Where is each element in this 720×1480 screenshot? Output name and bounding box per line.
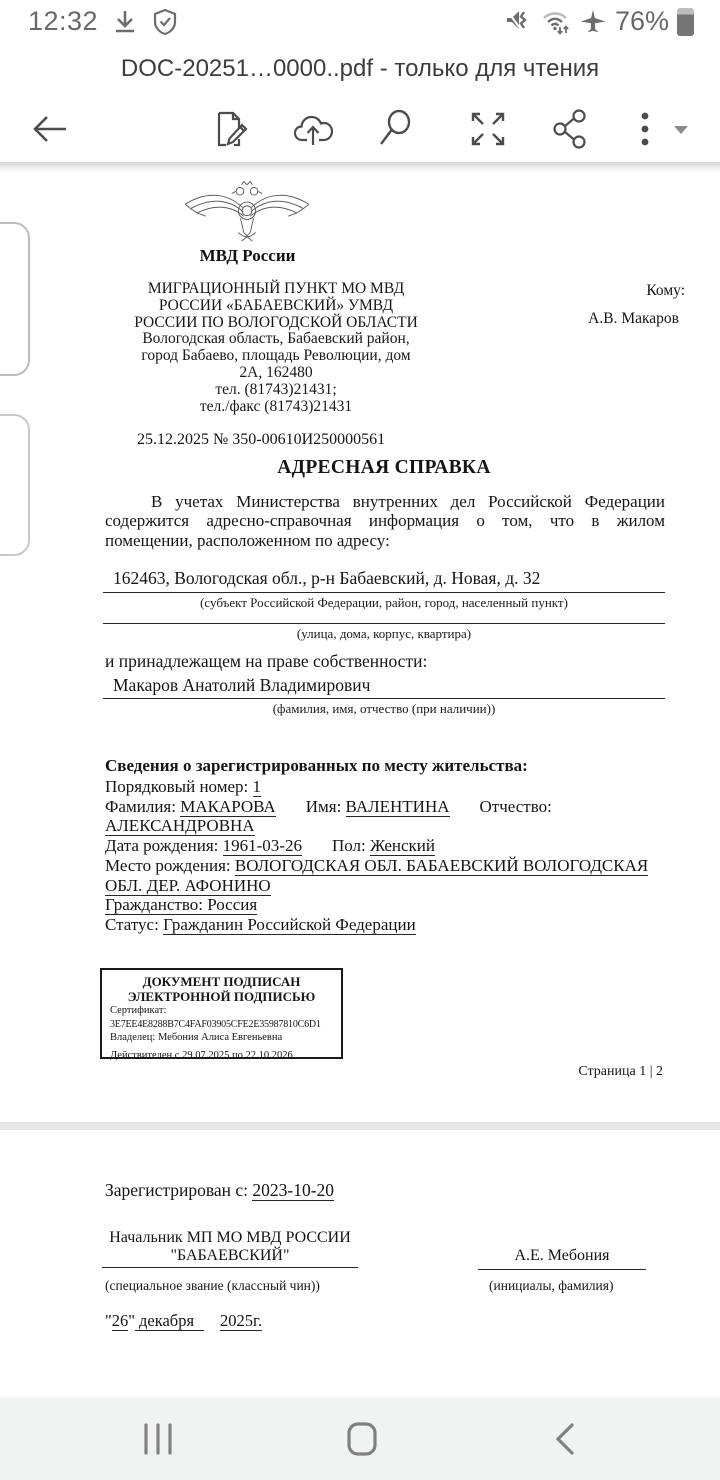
wifi-arrows-icon bbox=[541, 8, 571, 36]
owner-value-line: Макаров Анатолий Владимирович bbox=[103, 675, 665, 699]
title-bar: DOC-20251…0000..pdf - только для чтения bbox=[0, 42, 720, 95]
registered-person-record: Порядковый номер: 1 Фамилия: МАКАРОВАИмя… bbox=[105, 777, 667, 935]
pdf-page-2: Зарегистрирован с: 2023-10-20 Начальник … bbox=[0, 1130, 720, 1397]
more-menu-icon[interactable] bbox=[640, 109, 650, 149]
home-icon[interactable] bbox=[345, 1420, 379, 1458]
document-heading: АДРЕСНАЯ СПРАВКА bbox=[105, 457, 663, 479]
dropdown-caret-icon[interactable] bbox=[671, 122, 691, 136]
sender-line: Вологодская область, Бабаевский район, bbox=[82, 331, 470, 348]
stamp-cert-label: Сертификат: bbox=[110, 1005, 333, 1018]
registered-since-value: 2023-10-20 bbox=[252, 1180, 334, 1201]
official-title-line: Начальник МП МО МВД РОССИИ bbox=[102, 1229, 358, 1247]
date-day: 26 bbox=[112, 1311, 129, 1331]
birthdate-line: Дата рождения: 1961-03-26Пол: Женский bbox=[105, 836, 667, 856]
stamp-cert-value: 3E7EE4E8288B7C4FAF03905CFE2E35987810C6D1 bbox=[110, 1019, 333, 1031]
name-line: Фамилия: МАКАРОВАИмя: ВАЛЕНТИНАОтчество: bbox=[105, 797, 667, 817]
patronymic-line: АЛЕКСАНДРОВНА bbox=[105, 816, 667, 836]
birthplace-line: Место рождения: ВОЛОГОДСКАЯ ОБЛ. БАБАЕВС… bbox=[105, 856, 667, 876]
share-icon[interactable] bbox=[552, 109, 588, 149]
sender-line: МИГРАЦИОННЫЙ ПУНКТ МО МВД bbox=[82, 281, 470, 298]
street-caption: (улица, дома, корпус, квартира) bbox=[103, 626, 665, 642]
pdf-page-1: МВД России МИГРАЦИОННЫЙ ПУНКТ МО МВД РОС… bbox=[0, 162, 720, 1122]
toolbar bbox=[0, 95, 720, 162]
sender-line: тел./факс (81743)21431 bbox=[82, 399, 470, 416]
recipient-block: Кому: А.В. Макаров bbox=[515, 283, 685, 327]
sender-line: тел. (81743)21431; bbox=[82, 382, 470, 399]
back-icon[interactable] bbox=[553, 1421, 577, 1457]
sex-value: Женский bbox=[370, 836, 435, 856]
stamp-title: ЭЛЕКТРОННОЙ ПОДПИСЬЮ bbox=[110, 989, 333, 1004]
surname-value: МАКАРОВА bbox=[180, 797, 276, 817]
status-line: Статус: Гражданин Российской Федерации bbox=[105, 915, 667, 935]
toolbar-shadow bbox=[0, 162, 720, 172]
birthplace-value: ВОЛОГОДСКАЯ ОБЛ. БАБАЕВСКИЙ ВОЛОГОДСКАЯ bbox=[235, 856, 648, 876]
recipient-name: А.В. Макаров bbox=[515, 311, 685, 328]
stamp-validity: Действителен с 29.07.2025 по 22.10.2026 bbox=[110, 1050, 333, 1063]
shield-check-icon bbox=[152, 8, 178, 36]
recipient-label: Кому: bbox=[515, 283, 685, 300]
date-month: декабря bbox=[135, 1311, 204, 1331]
official-title-line: "БАБАЕВСКИЙ" bbox=[102, 1247, 358, 1265]
airplane-mode-icon bbox=[579, 8, 607, 36]
android-nav-bar bbox=[0, 1397, 720, 1480]
citizenship-line: Гражданство: Россия bbox=[105, 895, 667, 915]
page-edge-artifact bbox=[0, 222, 30, 376]
page-edge-artifact bbox=[0, 414, 30, 556]
registered-persons-heading: Сведения о зарегистрированных по месту ж… bbox=[105, 756, 528, 776]
stamp-title: ДОКУМЕНТ ПОДПИСАН bbox=[110, 974, 333, 989]
reference-number: 25.12.2025 № 350-00610И250000561 bbox=[137, 431, 385, 449]
signer-name: А.Е. Мебония bbox=[478, 1247, 646, 1270]
official-title-block: Начальник МП МО МВД РОССИИ "БАБАЕВСКИЙ" bbox=[102, 1229, 358, 1268]
cloud-upload-icon[interactable] bbox=[293, 111, 337, 147]
sender-address-block: МИГРАЦИОННЫЙ ПУНКТ МО МВД РОССИИ «БАБАЕВ… bbox=[82, 281, 470, 415]
edit-document-icon[interactable] bbox=[211, 109, 249, 149]
document-title: DOC-20251…0000..pdf - только для чтения bbox=[121, 55, 599, 83]
order-number-line: Порядковый номер: 1 bbox=[105, 777, 667, 797]
patronymic-value: АЛЕКСАНДРОВНА bbox=[105, 816, 255, 836]
signer-caption: (инициалы, фамилия) bbox=[489, 1278, 613, 1294]
clock-text: 12:32 bbox=[28, 6, 98, 37]
battery-percent-text: 76% bbox=[615, 6, 669, 37]
back-arrow-icon[interactable] bbox=[30, 113, 70, 145]
mvd-eagle-emblem-icon bbox=[182, 180, 312, 248]
battery-icon bbox=[677, 8, 694, 36]
digital-signature-stamp: ДОКУМЕНТ ПОДПИСАН ЭЛЕКТРОННОЙ ПОДПИСЬЮ С… bbox=[100, 968, 343, 1059]
pdf-viewer-screen: 12:32 bbox=[0, 0, 720, 1480]
sender-line: РОССИИ «БАБАЕВСКИЙ» УМВД bbox=[82, 298, 470, 315]
status-bar: 12:32 bbox=[0, 0, 720, 42]
address-value-line: 162463, Вологодская обл., р-н Бабаевский… bbox=[103, 568, 665, 593]
sender-line: 2А, 162480 bbox=[82, 365, 470, 382]
stamp-owner: Владелец: Мебония Алиса Евгеньевна bbox=[110, 1032, 333, 1045]
sender-line: город Бабаево, площадь Революции, дом bbox=[82, 348, 470, 365]
official-caption: (специальное звание (классный чин)) bbox=[105, 1278, 320, 1294]
emblem-caption: МВД России bbox=[150, 246, 345, 266]
signature-date-line: "26"декабря2025г. bbox=[105, 1311, 262, 1331]
status-value: Гражданин Российской Федерации bbox=[163, 915, 416, 935]
fullscreen-icon[interactable] bbox=[469, 110, 507, 148]
date-year: 2025г. bbox=[220, 1311, 262, 1331]
page-separator bbox=[0, 1122, 720, 1130]
birthplace-line-2: ОБЛ. ДЕР. АФОНИНО bbox=[105, 876, 667, 896]
recents-icon[interactable] bbox=[140, 1421, 176, 1457]
mute-vibrate-icon bbox=[505, 8, 533, 36]
owner-caption: (фамилия, имя, отчество (при наличии)) bbox=[103, 701, 665, 717]
download-icon bbox=[112, 8, 138, 36]
sender-line: РОССИИ ПО ВОЛОГОДСКОЙ ОБЛАСТИ bbox=[82, 315, 470, 332]
search-icon[interactable] bbox=[377, 109, 415, 149]
street-empty-line bbox=[103, 609, 665, 624]
page-indicator: Страница 1 | 2 bbox=[578, 1064, 663, 1080]
firstname-value: ВАЛЕНТИНА bbox=[346, 797, 450, 817]
registered-since-line: Зарегистрирован с: 2023-10-20 bbox=[105, 1180, 334, 1201]
ownership-label: и принадлежащем на праве собственности: bbox=[105, 651, 427, 672]
order-number-value: 1 bbox=[253, 777, 262, 797]
birthdate-value: 1961-03-26 bbox=[223, 836, 302, 856]
intro-paragraph: В учетах Министерства внутренних дел Рос… bbox=[105, 492, 665, 550]
